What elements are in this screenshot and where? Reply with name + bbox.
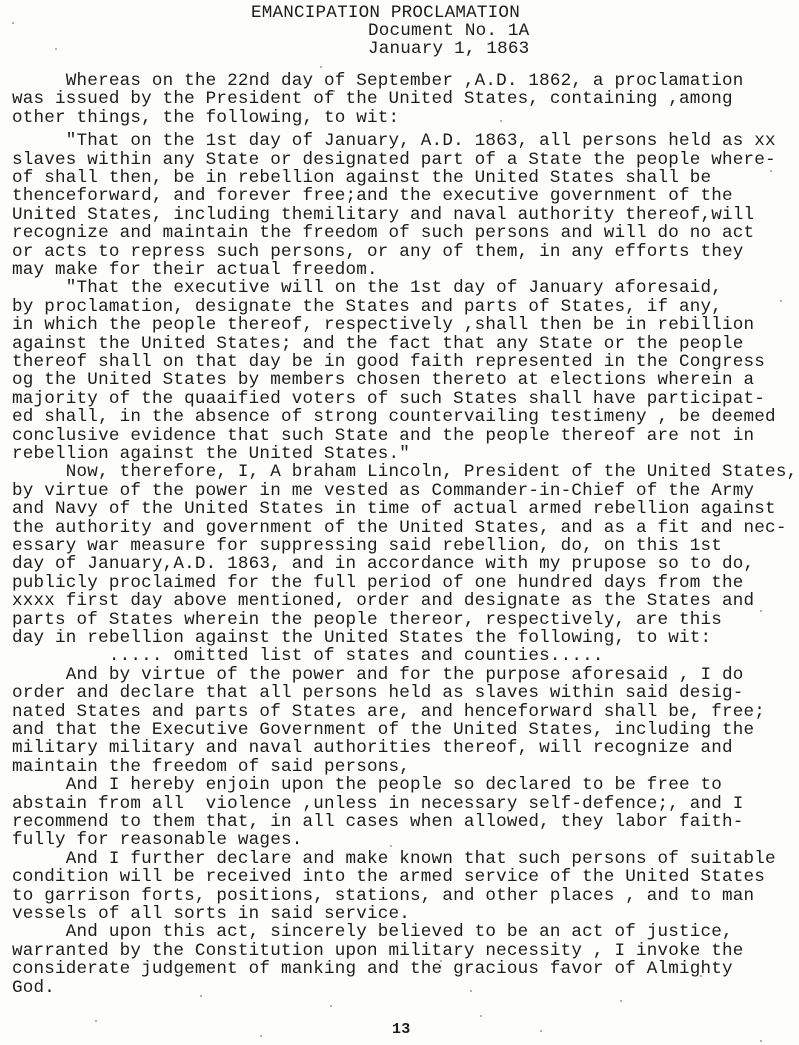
body-line: thenceforward, and forever free;and the … [12,187,733,205]
body-line: was issued by the President of the Unite… [12,90,733,108]
body-line: day in rebellion against the United Stat… [12,629,711,647]
body-line: other things, the following, to wit: [12,109,399,127]
body-line: And by virtue of the power and for the p… [12,666,744,684]
document-title: EMANCIPATION PROCLAMATION [251,4,520,22]
body-line: warranted by the Constitution upon milit… [12,942,744,960]
body-line: slaves within any State or designated pa… [12,151,776,169]
speck [770,170,772,172]
document-number: Document No. 1A [368,22,529,40]
body-line: and Navy of the United States in time of… [12,500,776,518]
body-line: by proclamation, designate the States an… [12,298,722,316]
speck [390,845,392,847]
body-line: ed shall, in the absence of strong count… [12,408,776,426]
body-line: recommend to them that, in all cases whe… [12,813,744,831]
body-line: og the United States by members chosen t… [12,371,754,389]
body-line: conclusive evidence that such State and … [12,427,754,445]
body-line: thereof shall on that day be in good fai… [12,353,765,371]
body-line: And upon this act, sincerely believed to… [12,923,733,941]
speck [700,975,702,977]
speck [470,990,472,992]
body-line: the authority and government of the Unit… [12,519,787,537]
body-line: God. [12,979,55,997]
speck [780,300,782,302]
body-line: nated States and parts of States are, an… [12,703,765,721]
document-page: EMANCIPATION PROCLAMATION Document No. 1… [0,0,799,1045]
body-line: "That the executive will on the 1st day … [12,279,722,297]
body-line: vessels of all sorts in said service. [12,905,410,923]
body-line: in which the people thereof, respectivel… [12,316,754,334]
speck [705,470,707,472]
body-line: may make for their actual freedom. [12,261,378,279]
body-line: against the United States; and the fact … [12,335,744,353]
body-line: majority of the quaaified voters of such… [12,390,765,408]
speck [95,1020,97,1022]
body-line: parts of States wherein the people there… [12,611,722,629]
speck [200,995,202,997]
body-line: essary war measure for suppressing said … [12,537,722,555]
body-line: Whereas on the 22nd day of September ,A.… [12,72,744,90]
speck [55,48,57,50]
speck [500,120,502,122]
body-line: day of January,A.D. 1863, and in accorda… [12,555,754,573]
body-line: condition will be received into the arme… [12,868,765,886]
body-line: abstain from all violence ,unless in nec… [12,795,744,813]
document-date: January 1, 1863 [368,40,529,58]
page-number: 13 [392,1021,410,1039]
body-line: to garrison forts, positions, stations, … [12,887,754,905]
body-line: by virtue of the power in me vested as C… [12,482,754,500]
body-line: And I further declare and make known tha… [12,850,776,868]
body-line: and that the Executive Government of the… [12,721,754,739]
body-line: considerate judgement of manking and the… [12,960,733,978]
body-line: fully for reasonable wages. [12,831,302,849]
body-line: recognize and maintain the freedom of su… [12,224,754,242]
speck [760,1040,762,1042]
body-line: rebellion against the United States." [12,445,410,463]
speck [560,968,562,970]
body-line: xxxx first day above mentioned, order an… [12,592,754,610]
body-line: Now, therefore, I, A braham Lincoln, Pre… [12,463,797,481]
speck [540,1030,542,1032]
body-line: "That on the 1st day of January, A.D. 18… [12,132,776,150]
speck [480,1015,482,1017]
body-line: maintain the freedom of said persons, [12,758,410,776]
body-line: military military and naval authorities … [12,739,733,757]
speck [320,66,322,68]
body-line: or acts to repress such persons, or any … [12,243,744,261]
body-line: order and declare that all persons held … [12,684,744,702]
speck [333,90,335,92]
body-line: of shall then, be in rebellion against t… [12,169,711,187]
speck [330,1005,332,1007]
body-line: United States, including themilitary and… [12,206,754,224]
speck [620,1000,622,1002]
body-line: And I hereby enjoin upon the people so d… [12,776,722,794]
speck [760,610,762,612]
speck [12,22,14,24]
body-line: publicly proclaimed for the full period … [12,574,744,592]
body-line: ..... omitted list of states and countie… [12,647,604,665]
speck [440,960,442,962]
speck [260,1035,262,1037]
